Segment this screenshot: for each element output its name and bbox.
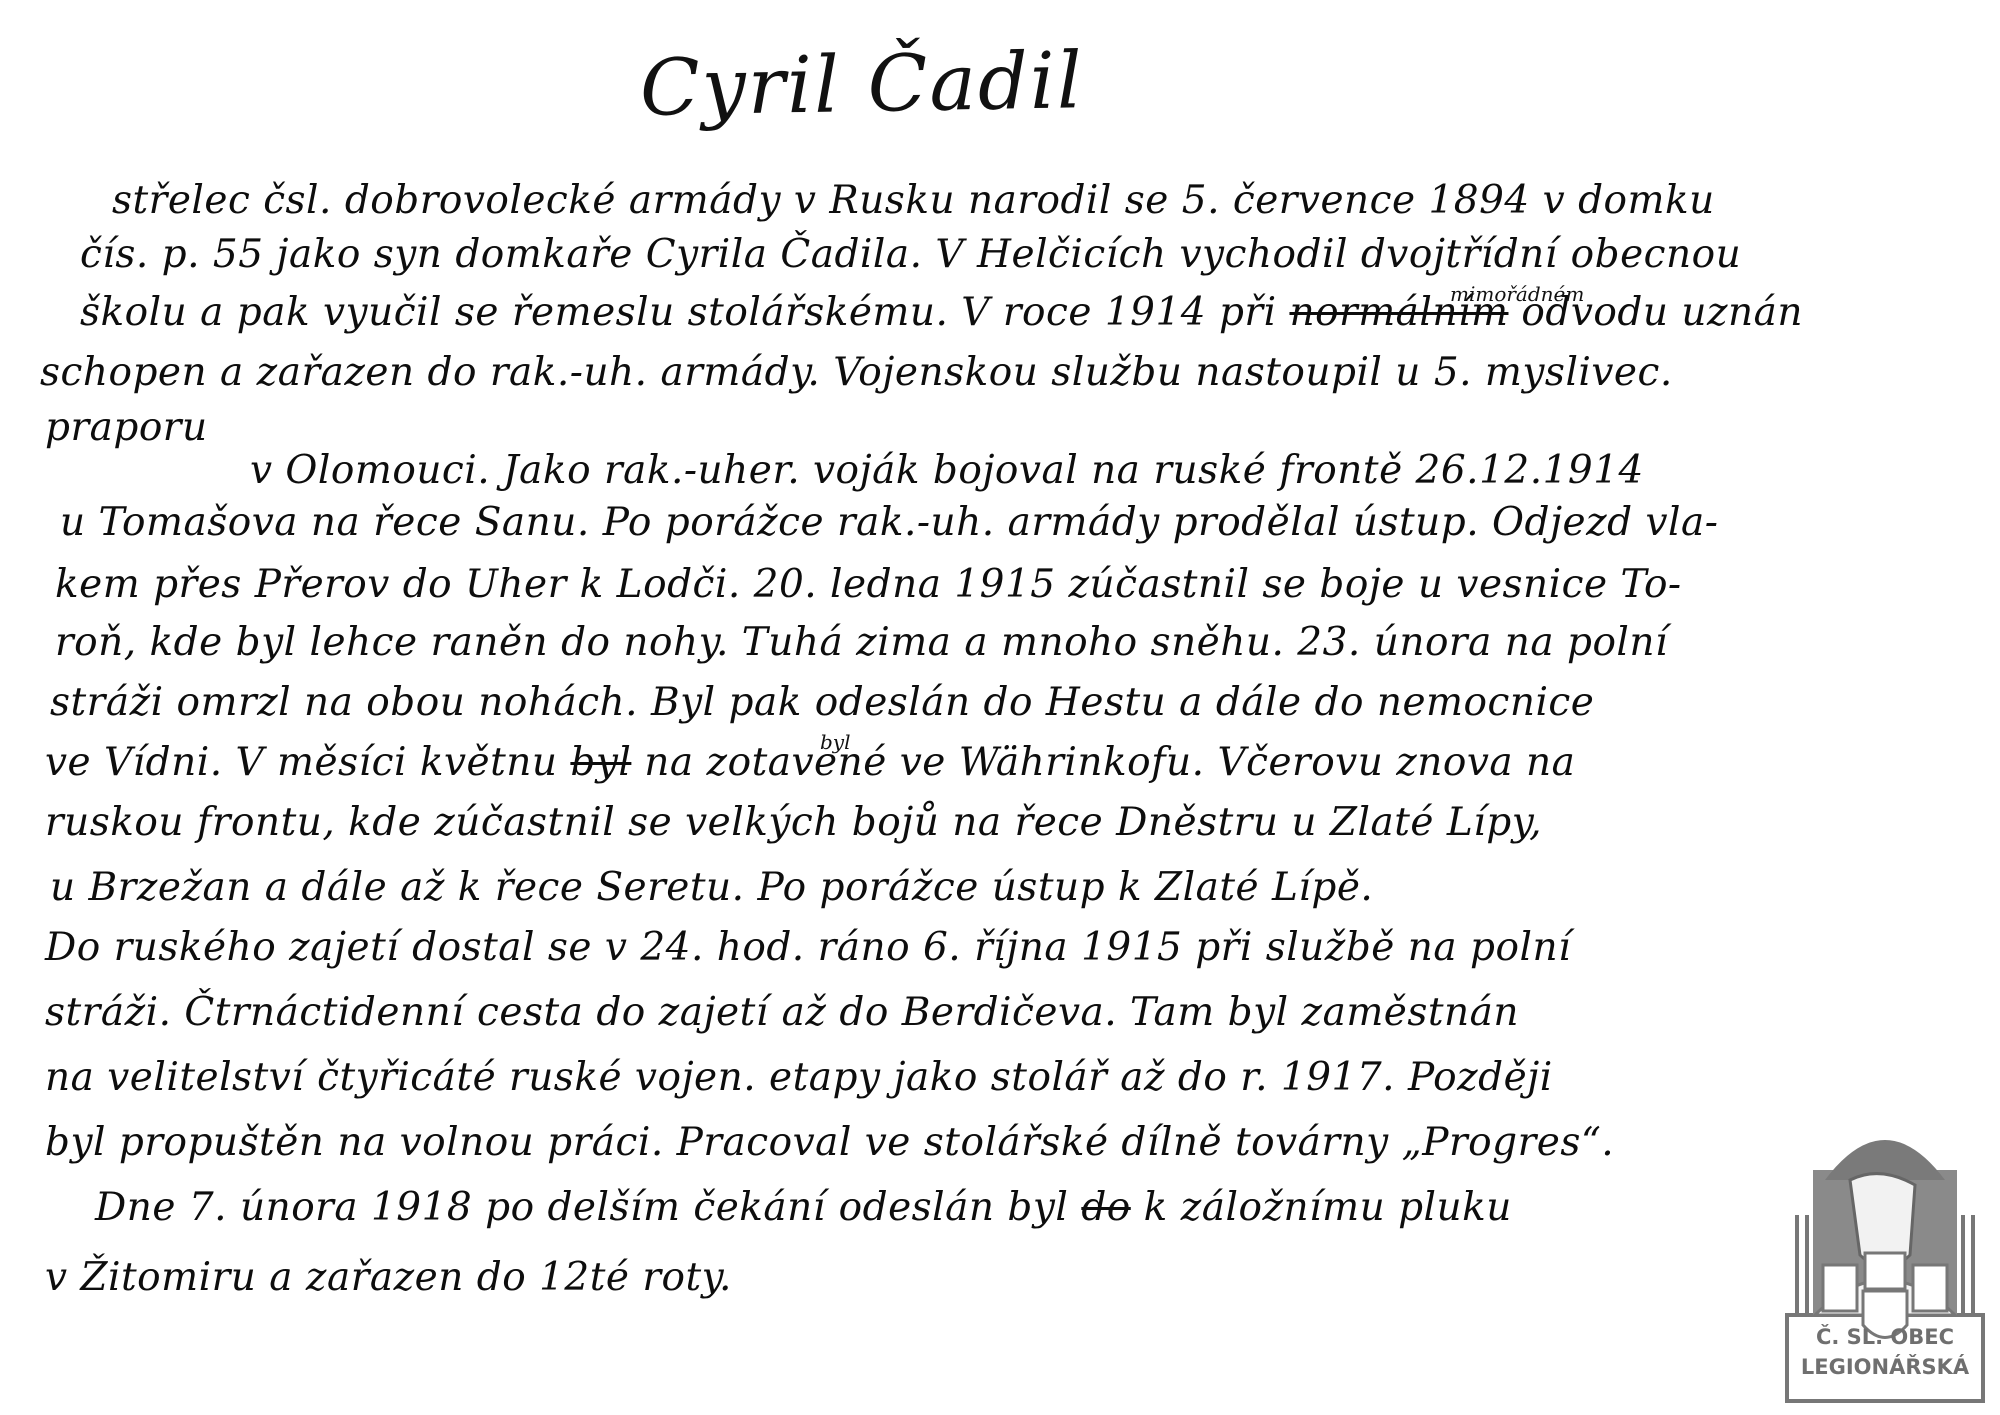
- text-line-18-main: Dne 7. února 1918 po delším čekání odesl…: [95, 1185, 1068, 1230]
- text-line-18-tail: k záložnímu pluku: [1144, 1185, 1512, 1230]
- text-line-2: čís. p. 55 jako syn domkaře Cyrila Čadil…: [80, 232, 1741, 277]
- text-line-14: Do ruského zajetí dostal se v 24. hod. r…: [45, 925, 1571, 970]
- handwritten-document-page: Cyril Čadil střelec čsl. dobrovolecké ar…: [0, 0, 2000, 1415]
- inserted-correction: byl: [820, 730, 851, 754]
- text-line-18: Dne 7. února 1918 po delším čekání odesl…: [95, 1185, 1512, 1230]
- struck-word: do: [1081, 1185, 1130, 1230]
- document-title-signature: Cyril Čadil: [639, 36, 1084, 134]
- text-line-12: ruskou frontu, kde zúčastnil se velkých …: [45, 800, 1542, 845]
- text-line-7: u Tomašova na řece Sanu. Po porážce rak.…: [60, 500, 1718, 545]
- text-line-9: roň, kde byl lehce raněn do nohy. Tuhá z…: [55, 620, 1668, 665]
- text-line-10: stráži omrzl na obou nohách. Byl pak ode…: [50, 680, 1594, 725]
- text-line-5: praporu: [45, 405, 208, 450]
- struck-word: byl: [570, 740, 631, 785]
- text-line-1: střelec čsl. dobrovolecké armády v Rusku…: [112, 178, 1715, 223]
- text-line-16: na velitelství čtyřicáté ruské vojen. et…: [45, 1055, 1553, 1100]
- logo-text-line-1: Č. SL. OBEC: [1785, 1325, 1985, 1349]
- legionnaire-society-logo: Č. SL. OBEC LEGIONÁŘSKÁ: [1785, 1105, 1985, 1405]
- text-line-15: stráži. Čtrnáctidenní cesta do zajetí až…: [45, 990, 1519, 1035]
- text-line-11: ve Vídni. V měsíci květnu byl na zotaven…: [45, 740, 1575, 785]
- text-line-8: kem přes Přerov do Uher k Lodči. 20. led…: [55, 562, 1682, 607]
- text-line-17: byl propuštěn na volnou práci. Pracoval …: [45, 1120, 1614, 1165]
- inserted-correction: mimořádném: [1450, 282, 1584, 306]
- text-line-3-main: školu a pak vyučil se řemeslu stolářském…: [80, 290, 1277, 335]
- text-line-6: v Olomouci. Jako rak.-uher. voják bojova…: [250, 448, 1644, 493]
- text-line-19: v Žitomiru a zařazen do 12té roty.: [45, 1255, 732, 1300]
- text-line-13: u Brzežan a dále až k řece Seretu. Po po…: [50, 865, 1373, 910]
- text-line-11-main: ve Vídni. V měsíci květnu: [45, 740, 557, 785]
- logo-text-line-2: LEGIONÁŘSKÁ: [1785, 1355, 1985, 1379]
- text-line-4: schopen a zařazen do rak.-uh. armády. Vo…: [40, 350, 1673, 395]
- text-line-11-tail: na zotavené ve Währinkofu. Včerovu znova…: [644, 740, 1575, 785]
